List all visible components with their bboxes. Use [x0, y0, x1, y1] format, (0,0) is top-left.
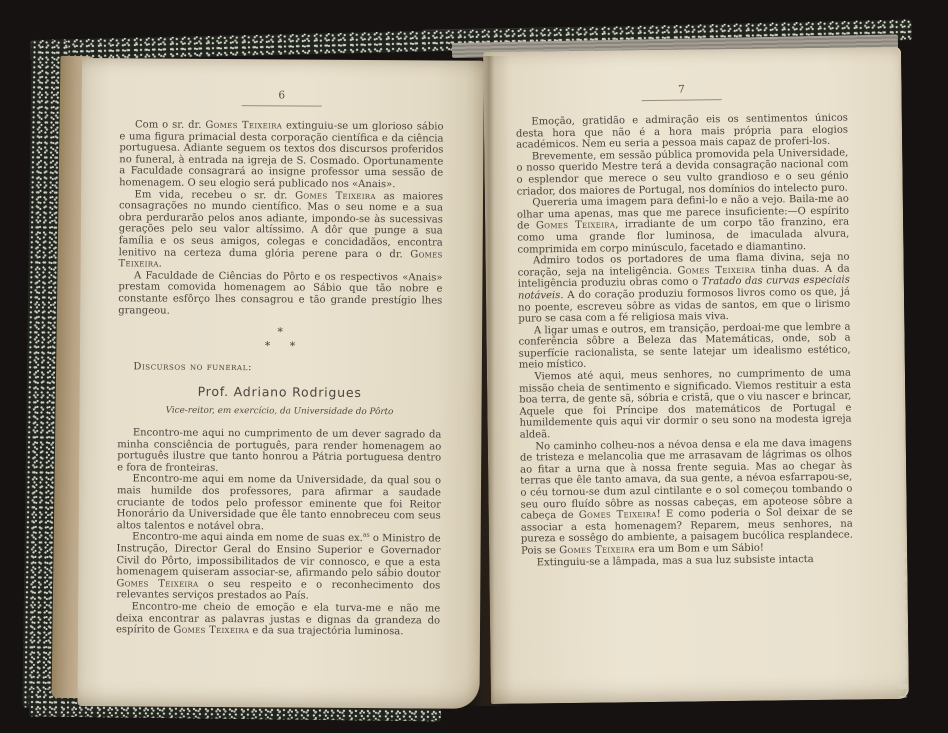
paragraph: A ligar umas e outros, em transição, per… [518, 321, 851, 371]
paragraph: No caminho colheu-nos a névoa densa e el… [520, 437, 853, 557]
book-scan-photo: 6 Com o sr. dr. Gomes Teixeira extinguiu… [0, 0, 948, 733]
paragraph: Encontro-me cheio de emoção e ela turva-… [116, 601, 440, 638]
paragraph: Em vida, recebeu o sr. dr. Gomes Teixeir… [119, 189, 444, 272]
paragraph: Encontro-me aqui ainda em nome de suas e… [116, 532, 440, 604]
left-text-column: 6 Com o sr. dr. Gomes Teixeira extinguiu… [77, 58, 484, 709]
page-deckle-stitches [899, 552, 907, 698]
book-page-right: 7 Emoção, gratidão e admiração eis os se… [483, 47, 909, 704]
right-text-column: 7 Emoção, gratidão e admiração eis os se… [483, 47, 907, 704]
asterism-separator: * * * [118, 325, 442, 353]
page-number-right: 7 [641, 83, 721, 101]
paragraph: Emoção, gratidão e admiração eis os sent… [516, 113, 848, 152]
paragraph: Brevemente, em sessão pública promovida … [516, 147, 849, 197]
section-label-discursos: Discursos no funeral: [118, 361, 442, 374]
paragraph: Quereria uma imagem para defini-lo e não… [517, 194, 850, 256]
paragraph: A Faculdade de Ciências do Pôrto e os re… [118, 270, 442, 319]
asterism-row2: * * [118, 339, 442, 353]
paragraph: Encontro-me aqui em nome da Universidade… [117, 474, 441, 534]
intro-paragraphs: Com o sr. dr. Gomes Teixeira extinguiu-s… [118, 119, 443, 318]
book-page-left: 6 Com o sr. dr. Gomes Teixeira extinguiu… [77, 58, 484, 709]
paragraph: Com o sr. dr. Gomes Teixeira extinguiu-s… [119, 119, 443, 191]
speech-subtitle: Vice-reitor, em exercício, da Universida… [118, 405, 442, 417]
speech-paragraphs: Encontro-me aqui no cumprimento de um de… [116, 427, 441, 638]
asterism-row1: * [118, 325, 442, 339]
right-page-paragraphs: Emoção, gratidão e admiração eis os sent… [516, 113, 853, 569]
paragraph: Admiro todos os portadores de uma flama … [518, 252, 851, 326]
speech-title: Prof. Adriano Rodrigues [118, 383, 442, 400]
paragraph: Viemos até aqui, meus senhores, no cumpr… [519, 368, 852, 442]
paragraph: Encontro-me aqui no cumprimento de um de… [117, 427, 441, 476]
page-number-left: 6 [242, 89, 322, 107]
